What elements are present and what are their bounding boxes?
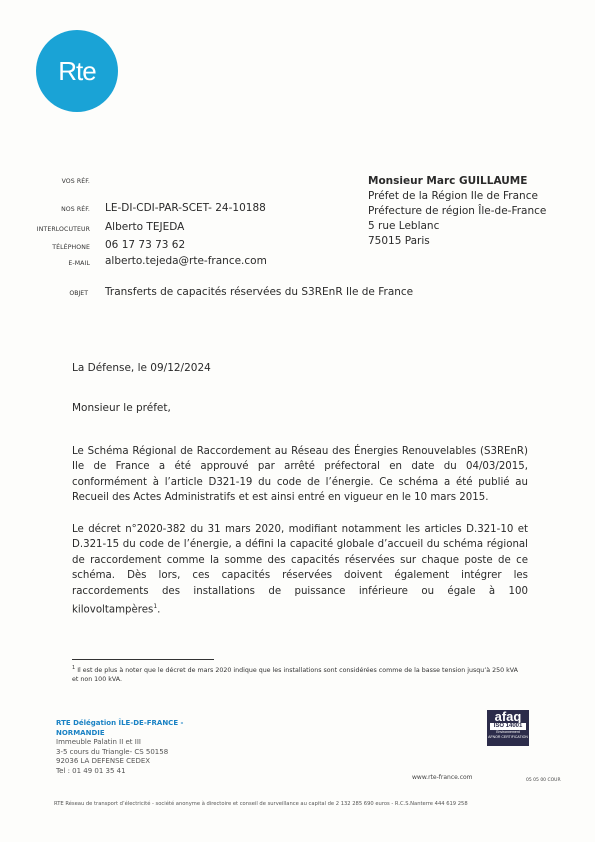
footnote-marker: 1 — [72, 665, 75, 671]
sender-address: RTE Délégation ÎLE-DE-FRANCE - NORMANDIE… — [56, 719, 206, 777]
recipient-line: 5 rue Leblanc — [368, 219, 546, 234]
interlocuteur-value: Alberto TEJEDA — [105, 221, 184, 233]
recipient-address: Monsieur Marc GUILLAUME Préfet de la Rég… — [368, 174, 546, 249]
footnote-text: Il est de plus à noter que le décret de … — [72, 667, 518, 683]
afaq-brand: afaq — [487, 710, 529, 723]
website-link[interactable]: www.rte-france.com — [412, 774, 473, 781]
body-paragraph-1: Le Schéma Régional de Raccordement au Ré… — [72, 444, 528, 506]
nos-ref-label: Nos réf. — [18, 206, 90, 213]
recipient-line: Préfecture de région Île-de-France — [368, 204, 546, 219]
recipient-line: 75015 Paris — [368, 234, 546, 249]
rte-logo: Rte — [36, 30, 118, 112]
sender-line: Tel : 01 49 01 35 41 — [56, 767, 206, 777]
place-date: La Défense, le 09/12/2024 — [72, 362, 211, 374]
objet-value: Transferts de capacités réservées du S3R… — [105, 286, 413, 298]
footnote: 1 Il est de plus à noter que le décret d… — [72, 664, 522, 684]
telephone-label: Téléphone — [18, 244, 90, 251]
vos-ref-label: Vos réf. — [18, 178, 90, 185]
document-code: 05 05 00 COUR — [526, 778, 561, 783]
legal-notice: RTE Réseau de transport d’électricité - … — [54, 801, 554, 807]
nos-ref-value: LE-DI-CDI-PAR-SCET- 24-10188 — [105, 202, 266, 214]
footnote-divider — [72, 659, 214, 660]
email-value[interactable]: alberto.tejeda@rte-france.com — [105, 255, 267, 267]
sender-org: RTE Délégation ÎLE-DE-FRANCE - NORMANDIE — [56, 719, 206, 738]
body-paragraph-2: Le décret n°2020-382 du 31 mars 2020, mo… — [72, 522, 528, 618]
email-label: E-mail — [18, 260, 90, 267]
objet-label: Objet — [40, 290, 88, 297]
footnote-ref: 1 — [153, 603, 157, 610]
paragraph-text: Le décret n°2020-382 du 31 mars 2020, mo… — [72, 524, 528, 615]
cert-line2: AFNOR CERTIFICATION — [487, 735, 529, 740]
salutation: Monsieur le préfet, — [72, 402, 171, 414]
afaq-iso-logo: afaq ISO 14001 Environnement AFNOR CERTI… — [487, 710, 529, 746]
telephone-value: 06 17 73 73 62 — [105, 239, 185, 251]
recipient-line: Préfet de la Région Ile de France — [368, 189, 546, 204]
iso-standard: ISO 14001 — [490, 723, 526, 730]
recipient-name: Monsieur Marc GUILLAUME — [368, 174, 546, 189]
sender-line: 92036 LA DEFENSE CEDEX — [56, 757, 206, 767]
sender-line: 3-5 cours du Triangle- CS 50158 — [56, 748, 206, 758]
interlocuteur-label: Interlocuteur — [18, 226, 90, 233]
sender-line: Immeuble Palatin II et III — [56, 738, 206, 748]
